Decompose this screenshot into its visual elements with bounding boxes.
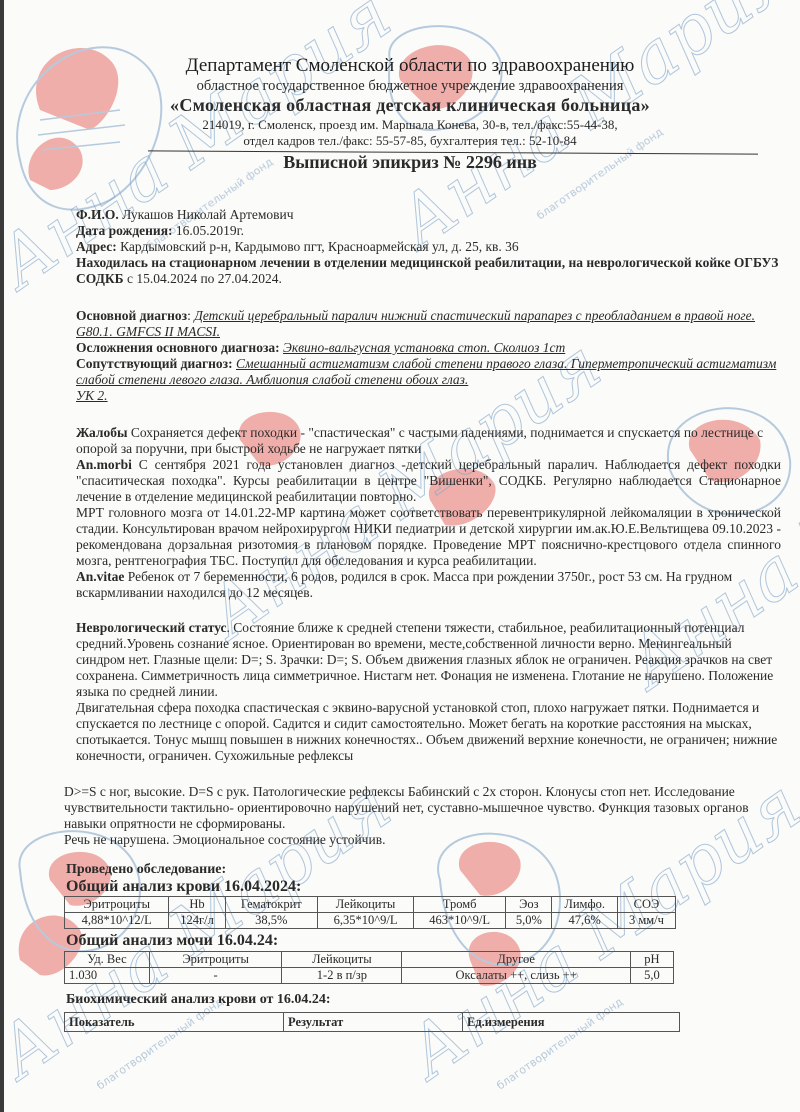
institution-name: «Смоленская областная детская клиническа… xyxy=(120,95,700,116)
table-header-row: Эритроциты Hb Гематокрит Лейкоциты Тромб… xyxy=(65,897,676,913)
stay-dates: с 15.04.2024 по 27.04.2024. xyxy=(127,271,282,286)
vitae-label: An.vitae xyxy=(76,569,124,584)
institution-address: 214019, г. Смоленск, проезд им. Маршала … xyxy=(130,117,690,133)
table-row: 4,88*10^12/L 124г/л 38,5% 6,35*10^9/L 46… xyxy=(65,913,676,929)
complications-label: Осложнения основного диагноза: xyxy=(76,340,280,355)
table-cell: Эоз xyxy=(506,897,552,913)
table-cell: Эритроциты xyxy=(65,897,169,913)
patient-address: Кардымовский р-н, Кардымово пгт, Красноа… xyxy=(120,239,519,254)
table-cell: Hb xyxy=(169,897,225,913)
table-cell: Результат xyxy=(284,1013,463,1032)
main-diagnosis-label: Основной диагноз xyxy=(76,308,187,323)
table-cell: 4,88*10^12/L xyxy=(65,913,169,929)
department-name: Департамент Смоленской области по здраво… xyxy=(130,55,690,77)
uk-value: УК 2. xyxy=(76,388,108,403)
diagnosis-section: Основной диагноз: Детский церебральный п… xyxy=(76,308,781,404)
concomitant-label: Сопутствующий диагноз: xyxy=(76,356,233,371)
table-cell: 6,35*10^9/L xyxy=(317,913,413,929)
table-cell: Показатель xyxy=(65,1013,284,1032)
table-row: 1.030 - 1-2 в п/зр Оксалаты ++, слизь ++… xyxy=(65,968,674,984)
table-cell: Уд. Вес xyxy=(65,952,150,968)
table-cell: 1-2 в п/зр xyxy=(282,968,402,984)
table-header-row: Уд. Вес Эритроциты Лейкоциты Другое pH xyxy=(65,952,674,968)
patient-dob: 16.05.2019г. xyxy=(176,223,244,238)
table-cell: 5,0% xyxy=(506,913,552,929)
blood-test-table: Эритроциты Hb Гематокрит Лейкоциты Тромб… xyxy=(64,896,676,929)
document-title: Выписной эпикриз № 2296 инв xyxy=(130,152,690,173)
complaints: Сохраняется дефект походки - "спастическ… xyxy=(76,425,763,456)
vitae-text: Ребенок от 7 беременности, 6 родов, роди… xyxy=(76,569,732,600)
table-cell: СОЭ xyxy=(617,897,675,913)
table-cell: 38,5% xyxy=(225,913,317,929)
exams-heading: Проведено обследование: xyxy=(66,862,226,878)
table-cell: 463*10^9/L xyxy=(414,913,506,929)
table-cell: Оксалаты ++, слизь ++ xyxy=(402,968,630,984)
patient-name: Лукашов Николай Артемович xyxy=(122,207,293,222)
institution-type: областное государственное бюджетное учре… xyxy=(130,78,690,95)
table-cell: Другое xyxy=(402,952,630,968)
address-label: Адрес: xyxy=(76,239,117,254)
table-cell: Тромб xyxy=(414,897,506,913)
neuro-text-4: Речь не нарушена. Эмоциональное состояни… xyxy=(64,832,769,848)
urine-test-table: Уд. Вес Эритроциты Лейкоциты Другое pH 1… xyxy=(64,951,674,984)
neuro-status-continued: D>=S с ног, высокие. D=S с рук. Патологи… xyxy=(64,784,769,848)
table-cell: Гематокрит xyxy=(225,897,317,913)
biochem-test-title: Биохимический анализ крови от 16.04.24: xyxy=(66,992,331,1008)
table-cell: Лейкоциты xyxy=(317,897,413,913)
table-cell: Эритроциты xyxy=(149,952,281,968)
table-cell: - xyxy=(149,968,281,984)
table-cell: Лейкоциты xyxy=(282,952,402,968)
table-cell: 1.030 xyxy=(65,968,150,984)
table-header-row: Показатель Результат Ед.измерения xyxy=(65,1013,680,1032)
discharge-summary-page: Департамент Смоленской области по здраво… xyxy=(0,0,800,1112)
anamnesis-section: Жалобы Сохраняется дефект походки - "спа… xyxy=(76,425,781,601)
neuro-text-3: D>=S с ног, высокие. D=S с рук. Патологи… xyxy=(64,784,769,832)
name-label: Ф.И.О. xyxy=(76,207,119,222)
complications: Эквино-вальгусная установка стоп. Сколио… xyxy=(283,340,565,355)
blood-test-title: Общий анализ крови 16.04.2024: xyxy=(66,878,301,896)
table-cell: 3 мм/ч xyxy=(617,913,675,929)
table-cell: pH xyxy=(630,952,673,968)
table-cell: Лимфо. xyxy=(552,897,617,913)
biochem-test-table: Показатель Результат Ед.измерения xyxy=(64,1012,680,1032)
table-cell: 124г/л xyxy=(169,913,225,929)
neuro-status-section: Неврологический статус. Состояние ближе … xyxy=(76,620,781,764)
complaints-label: Жалобы xyxy=(76,425,128,440)
morbi-text: С сентября 2021 года установлен диагноз … xyxy=(76,457,781,504)
urine-test-title: Общий анализ мочи 16.04.24: xyxy=(66,932,278,950)
table-cell: Ед.измерения xyxy=(463,1013,680,1032)
institution-contacts: отдел кадров тел./факс: 55-57-85, бухгал… xyxy=(130,133,690,149)
table-cell: 5,0 xyxy=(630,968,673,984)
morbi-label: An.morbi xyxy=(76,457,132,472)
table-cell: 47,6% xyxy=(552,913,617,929)
mri-text: МРТ головного мозга от 14.01.22-МР карти… xyxy=(76,505,781,569)
neuro-text-2: Двигательная сфера походка спастическая … xyxy=(76,700,781,764)
patient-info: Ф.И.О. Лукашов Николай Артемович Дата ро… xyxy=(76,207,781,287)
neuro-label: Неврологический статус xyxy=(76,620,227,635)
dob-label: Дата рождения: xyxy=(76,223,173,238)
